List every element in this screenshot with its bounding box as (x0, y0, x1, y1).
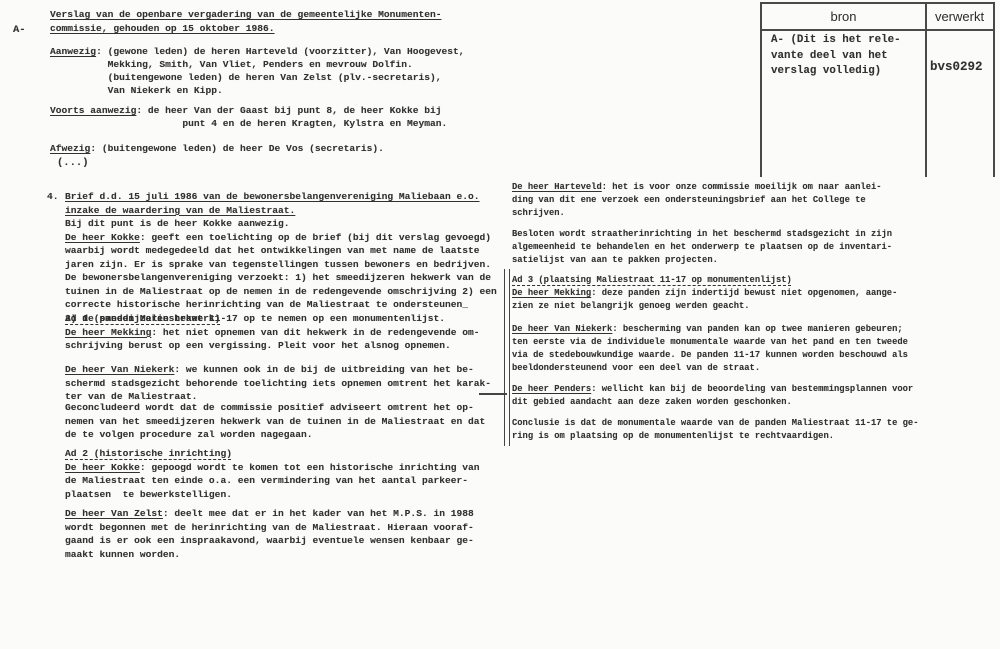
paragraph-voorts-aanwezig: Voorts aanwezig: de heer Van der Gaast b… (50, 104, 447, 130)
section-ad3: Ad 3 (plaatsing Maliestraat 11-17 op mon… (512, 274, 897, 313)
aanwezig-label: Aanwezig (50, 46, 96, 57)
section-ad1: Ad 1 (smeedijzeren hekwerk) De heer Mekk… (65, 312, 480, 353)
table-header-divider (760, 29, 994, 31)
paragraph-afwezig: Afwezig: (buitengewone leden) de heer De… (50, 142, 384, 155)
speaker-van-niekerk-2: De heer Van Niekerk (512, 324, 612, 334)
omission-mark: (...) (57, 157, 89, 170)
margin-double-line-mark (504, 269, 510, 446)
kokke-statement: : geeft een toelichting op de brief (bij… (65, 232, 497, 324)
paragraph-van-zelst: De heer Van Zelst: deelt mee dat er in h… (65, 507, 474, 561)
speaker-mekking-2: De heer Mekking (512, 288, 591, 298)
table-border-right (993, 2, 995, 177)
aanwezig-text: : (gewone leden) de heren Harteveld (voo… (50, 46, 465, 96)
margin-annotation: A- (13, 24, 26, 36)
speaker-van-zelst: De heer Van Zelst (65, 508, 163, 519)
item4-heading-and-kokke: Brief d.d. 15 juli 1986 van de bewonersb… (65, 190, 497, 325)
table-cell-verwerkt-code: bvs0292 (930, 60, 983, 74)
item4-intro: Bij dit punt is de heer Kokke aanwezig. (65, 218, 290, 229)
paragraph-van-niekerk: De heer Van Niekerk: we kunnen ook in de… (65, 363, 491, 404)
item4-number: 4. (47, 190, 59, 204)
table-border-top (760, 2, 994, 4)
section-ad2: Ad 2 (historische inrichting) De heer Ko… (65, 447, 480, 501)
table-header-verwerkt: verwerkt (926, 9, 993, 24)
document-title: Verslag van de openbare vergadering van … (50, 8, 442, 36)
document-title-text: Verslag van de openbare vergadering van … (50, 9, 442, 34)
ad2-heading: Ad 2 (historische inrichting) (65, 448, 232, 459)
paragraph-besloten: Besloten wordt straatherinrichting in he… (512, 228, 892, 267)
paragraph-penders: De heer Penders: wellicht kan bij de beo… (512, 383, 913, 409)
speaker-mekking: De heer Mekking (65, 327, 151, 338)
ad3-heading: Ad 3 (plaatsing Maliestraat 11-17 op mon… (512, 275, 792, 285)
margin-dash-mark (479, 393, 507, 395)
speaker-harteveld: De heer Harteveld (512, 182, 602, 192)
speaker-kokke-2: De heer Kokke (65, 462, 140, 473)
paragraph-van-niekerk-2: De heer Van Niekerk: bescherming van pan… (512, 323, 908, 375)
paragraph-harteveld: De heer Harteveld: het is voor onze comm… (512, 181, 882, 220)
table-cell-bron-note: A- (Dit is het rele- vante deel van het … (771, 33, 901, 80)
voorts-aanwezig-label: Voorts aanwezig (50, 105, 136, 116)
scanned-document-page: A- bron verwerkt A- (Dit is het rele- va… (0, 0, 1000, 649)
table-border-left (760, 2, 762, 177)
paragraph-geconcludeerd: Geconcludeerd wordt dat de commissie pos… (65, 401, 485, 442)
paragraph-conclusie: Conclusie is dat de monumentale waarde v… (512, 417, 918, 443)
speaker-penders: De heer Penders (512, 384, 591, 394)
paragraph-aanwezig: Aanwezig: (gewone leden) de heren Hartev… (50, 45, 465, 97)
speaker-kokke: De heer Kokke (65, 232, 140, 243)
table-header-bron: bron (762, 9, 925, 24)
table-column-divider (925, 2, 927, 177)
afwezig-text: : (buitengewone leden) de heer De Vos (s… (90, 143, 384, 154)
ad1-heading: Ad 1 (smeedijzeren hekwerk) (65, 313, 220, 324)
speaker-van-niekerk: De heer Van Niekerk (65, 364, 174, 375)
item4-heading: Brief d.d. 15 juli 1986 van de bewonersb… (65, 191, 480, 216)
afwezig-label: Afwezig (50, 143, 90, 154)
